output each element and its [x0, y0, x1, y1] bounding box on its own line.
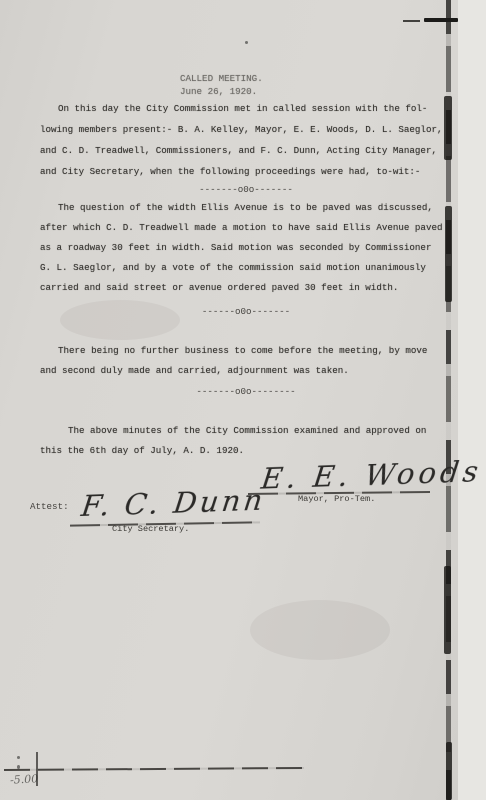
minutes-line: and second duly made and carried, adjour…	[40, 365, 452, 385]
scanned-document-page: CALLED MEETING. June 26, 1920. On this d…	[0, 0, 486, 800]
minutes-line: and C. D. Treadwell, Commissioners, and …	[40, 145, 452, 166]
section-divider: ------o0o-------	[40, 306, 452, 317]
minutes-line: On this day the City Commission met in c…	[40, 103, 452, 124]
secretary-signature: F. C. Dunn	[79, 483, 267, 523]
minutes-line: lowing members present:- B. A. Kelley, M…	[40, 124, 452, 145]
bottom-crease-line	[4, 767, 304, 771]
paragraph-1: On this day the City Commission met in c…	[40, 103, 452, 187]
section-divider: -------o0o-------	[40, 184, 452, 195]
paper-speck	[245, 41, 248, 44]
ink-blob	[444, 566, 451, 654]
minutes-line: G. L. Saeglor, and by a vote of the comm…	[40, 262, 452, 282]
paragraph-3: There being no further business to come …	[40, 345, 452, 385]
paper-speck	[17, 756, 20, 759]
top-corner-mark	[403, 20, 420, 22]
top-corner-mark	[424, 18, 458, 22]
minutes-line: There being no further business to come …	[40, 345, 452, 365]
paragraph-2: The question of the width Ellis Avenue i…	[40, 202, 452, 302]
meeting-date: June 26, 1920.	[180, 85, 263, 98]
section-divider: -------o0o--------	[40, 386, 452, 397]
margin-note: -5.00	[10, 772, 39, 786]
scan-edge-strip	[458, 0, 486, 800]
attest-label: Attest:	[30, 501, 69, 512]
minutes-line: The question of the width Ellis Avenue i…	[40, 202, 452, 222]
minutes-line: after which C. D. Treadwell made a motio…	[40, 222, 452, 242]
minutes-line: carried and said street or avenue ordere…	[40, 282, 452, 302]
minutes-line: The above minutes of the City Commission…	[40, 425, 452, 445]
minutes-line: as a roadway 30 feet in width. Said moti…	[40, 242, 452, 262]
ink-blob	[446, 742, 452, 800]
secretary-caption: City Secretary.	[112, 524, 189, 534]
meeting-title: CALLED MEETING.	[180, 72, 263, 85]
mayor-caption: Mayor, Pro-Tem.	[298, 494, 375, 504]
document-heading: CALLED MEETING. June 26, 1920.	[180, 72, 263, 98]
